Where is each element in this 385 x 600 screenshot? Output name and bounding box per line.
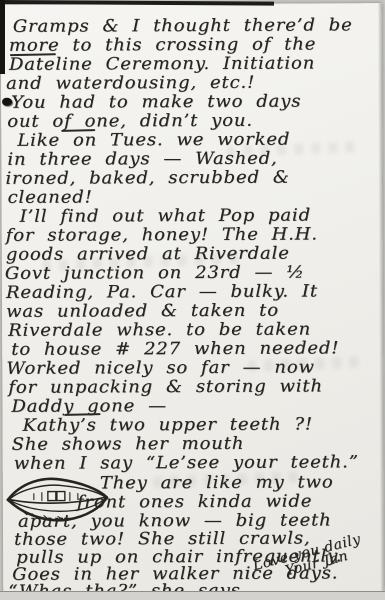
scan-bottom-edge <box>0 591 385 600</box>
handwritten-line: and waterdousing, etc.! <box>6 73 255 94</box>
handwritten-line: in three days — Washed, <box>7 149 277 170</box>
ink-blot <box>2 98 12 106</box>
handwritten-line: ironed, baked, scrubbed & <box>5 168 289 189</box>
handwritten-line: cleaned! <box>8 187 93 207</box>
handwritten-line: Reading, Pa. Car — bulky. It <box>6 281 318 302</box>
handwritten-line: Govt junction on 23rd — ½ <box>5 263 305 284</box>
scanned-letter: Gramps & I thought there’d be more to th… <box>0 0 385 600</box>
handwritten-line: I’ll find out what Pop paid <box>20 205 311 226</box>
handwritten-line: Kathy’s two upper teeth ?! <box>23 414 313 435</box>
handwritten-line: Like on Tues. we worked <box>17 130 290 151</box>
mouth-teeth-sketch <box>4 466 112 532</box>
handwritten-line: for storage, honey! The H.H. <box>6 224 318 245</box>
paper-right-shadow <box>378 3 385 591</box>
handwritten-line: for unpacking & storing with <box>8 376 323 397</box>
handwritten-line: goods arrived at Riverdale <box>6 244 290 265</box>
handwritten-line: Dateline Ceremony. Initiation <box>9 53 315 74</box>
handwritten-line: You had to make two days <box>11 92 301 113</box>
letter-paper: Gramps & I thought there’d be more to th… <box>1 3 385 593</box>
handwritten-line: Riverdale whse. to be taken <box>8 319 311 340</box>
handwritten-line: Worked nicely so far — now <box>6 357 315 378</box>
handwritten-line: to house # 227 when needed! <box>11 338 339 359</box>
handwritten-line: was unloaded & taken to <box>6 301 279 322</box>
handwritten-line: They are like my two <box>100 472 334 493</box>
handwritten-line: She shows her mouth <box>12 434 245 455</box>
handwritten-line: front ones kinda wide <box>77 491 312 512</box>
scan-edge-left <box>0 0 5 74</box>
handwritten-line: out of one, didn’t you. <box>7 111 253 132</box>
